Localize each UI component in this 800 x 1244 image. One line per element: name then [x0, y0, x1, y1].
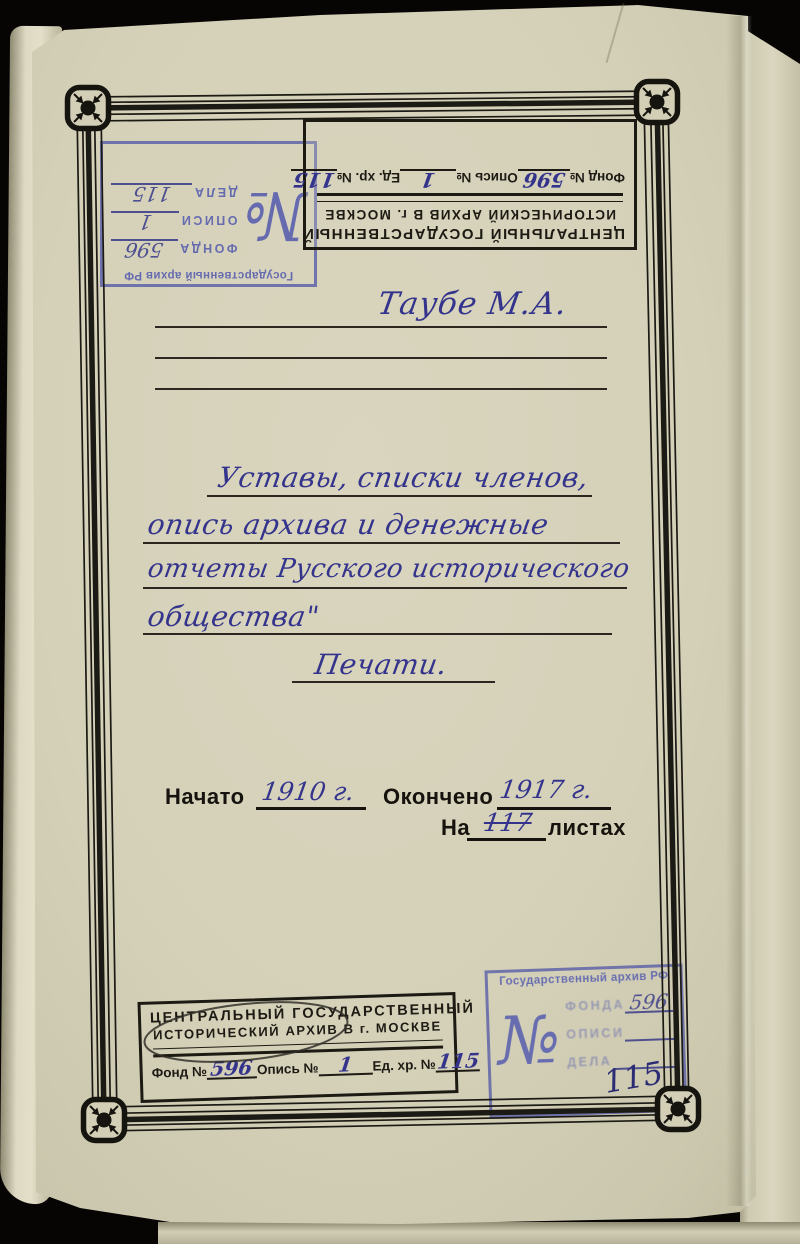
fond-value-handwritten: 596: [207, 1059, 258, 1080]
fonda-value-handwritten: 596: [111, 239, 178, 258]
title-line-4: общества": [148, 600, 319, 633]
opisi-label: ОПИСИ: [179, 211, 237, 227]
unit-value-handwritten: 115: [436, 1052, 481, 1072]
fond-row: Фонд №596Опись №1Ед. хр. №115: [151, 1053, 445, 1081]
garf-title: Государственный архив РФ: [111, 269, 306, 281]
unit-label: Ед. хр. №: [372, 1057, 436, 1075]
ruled-line: [155, 388, 607, 390]
ruled-line: [155, 326, 607, 328]
author-handwritten: Таубе М.А.: [378, 286, 567, 322]
unit-label: Ед. хр. №: [337, 169, 400, 185]
finished-label: Окончено: [383, 784, 493, 810]
started-value-handwritten: 1910 г.: [262, 777, 354, 806]
paper-fold-shadow: [726, 16, 752, 1206]
opisi-label: ОПИСИ: [566, 1026, 625, 1044]
page-edge-bottom: [158, 1222, 800, 1244]
opis-value-handwritten: 1: [318, 1056, 373, 1077]
archive-folder-cover-photo: ЦЕНТРАЛЬНЫЙ ГОСУДАРСТВЕННЫЙ ИСТОРИЧЕСКИЙ…: [0, 0, 800, 1244]
title-line-2: опись архива и денежные: [148, 508, 549, 541]
underline: [143, 587, 627, 589]
opis-label: Опись №: [257, 1060, 319, 1078]
garf-stamp-top-rotated: Государственный архив РФ № ФОНДА 596 ОПИ…: [100, 141, 317, 287]
opisi-row: ОПИСИ 1: [111, 211, 238, 230]
number-sign: №: [496, 990, 562, 1091]
fond-label: Фонд №: [570, 169, 625, 185]
fonda-label: ФОНДА: [178, 239, 238, 255]
fonda-row: ФОНДА 596: [111, 239, 238, 258]
underline: [143, 633, 612, 635]
underline: [207, 495, 592, 497]
fonda-row: ФОНДА 596: [565, 993, 673, 1016]
archive-stamp-top-rotated: ЦЕНТРАЛЬНЫЙ ГОСУДАРСТВЕННЫЙ ИСТОРИЧЕСКИЙ…: [303, 119, 637, 250]
opis-label: Опись №: [456, 169, 518, 185]
dela-value-handwritten: 115: [111, 183, 192, 202]
sheets-label-pre: На: [441, 815, 470, 841]
started-rule: [256, 807, 366, 810]
dela-row: ДЕЛА 115: [111, 183, 238, 202]
garf-rows: ФОНДА 596 ОПИСИ 1 ДЕЛА 115: [111, 166, 238, 267]
fonda-value-handwritten: 596: [625, 993, 673, 1014]
fonda-label: ФОНДА: [565, 998, 625, 1016]
opis-value-handwritten: 1: [400, 169, 456, 188]
unit-value-handwritten: 115: [291, 169, 337, 188]
fond-row: Фонд №596Опись №1Ед. хр. №115: [315, 169, 625, 188]
underline: [143, 542, 620, 544]
title-line-1: Уставы, списки членов,: [218, 461, 588, 494]
opisi-row: ОПИСИ: [566, 1021, 674, 1044]
sheets-value-handwritten: 117: [484, 808, 532, 837]
started-label: Начато: [165, 784, 245, 810]
archive-name-line1: ЦЕНТРАЛЬНЫЙ ГОСУДАРСТВЕННЫЙ: [315, 223, 625, 242]
dela-label: ДЕЛА: [192, 183, 237, 199]
archive-stamp-bottom: ЦЕНТРАЛЬНЫЙ ГОСУДАРСТВЕННЫЙ ИСТОРИЧЕСКИЙ…: [137, 992, 458, 1103]
opisi-value-handwritten: [624, 1021, 674, 1042]
underline: [292, 681, 495, 683]
ruled-line: [155, 357, 607, 359]
sheets-label-post: листах: [548, 815, 626, 841]
fond-value-handwritten: 596: [518, 169, 570, 188]
sheets-rule: [467, 838, 546, 841]
archive-name-line2: ИСТОРИЧЕСКИЙ АРХИВ В г. МОСКВЕ: [315, 206, 625, 224]
garf-stamp-bottom: Государственный архив РФ № ФОНДА 596 ОПИ…: [484, 964, 687, 1119]
garf-body: № ФОНДА 596 ОПИСИ 1 ДЕЛА 115: [111, 166, 306, 269]
fond-label: Фонд №: [151, 1064, 207, 1082]
opisi-value-handwritten: 1: [111, 211, 179, 230]
title-line-3: отчеты Русского исторического: [148, 554, 630, 584]
stamp-divider: [317, 193, 623, 202]
title-line-5: Печати.: [315, 648, 447, 681]
finished-value-handwritten: 1917 г.: [500, 775, 592, 804]
